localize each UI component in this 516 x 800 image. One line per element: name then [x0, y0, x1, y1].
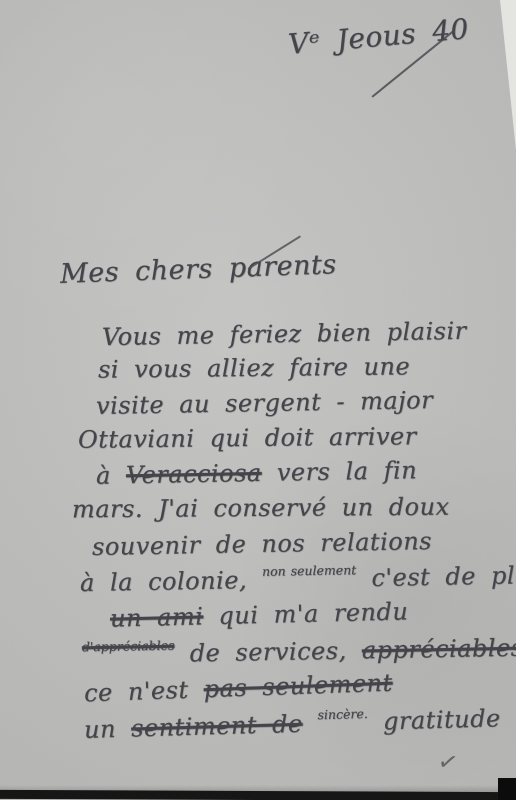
handwriting-line: visite au sergent - major: [96, 386, 433, 420]
paper-edge-highlight: [500, 0, 516, 150]
handwriting-line: d'appréciables de services, appréciables…: [82, 633, 516, 670]
handwriting-line: souvenir de nos relations: [92, 527, 432, 561]
text-segment: visite au sergent - major: [96, 386, 433, 420]
text-segment: qui m'a rendu: [203, 597, 409, 630]
struck-text: un ami: [110, 602, 204, 632]
text-segment: c'est de plus: [356, 561, 516, 592]
struck-text: appréciables: [362, 634, 516, 665]
text-segment: Ottaviani qui doit arriver: [78, 422, 417, 454]
text-segment: un: [84, 715, 132, 744]
text-segment: si vous alliez faire une: [98, 352, 410, 383]
text-segment: ce n'est: [84, 675, 205, 707]
inserted-word: non seulement: [262, 562, 356, 579]
handwriting-line: si vous alliez faire une: [98, 352, 410, 383]
text-segment: de services,: [174, 636, 362, 667]
greeting-line: Mes chers parents: [60, 249, 338, 290]
letter-scan-page: Vᵉ Jeous 40 Mes chers parents Vous me fe…: [0, 0, 516, 800]
handwriting-line: Ottaviani qui doit arriver: [78, 422, 417, 454]
text-segment: à: [96, 461, 126, 490]
struck-text: Veracciosa: [126, 459, 262, 489]
text-segment: souvenir de nos relations: [92, 527, 432, 561]
text-segment: vers la fin: [261, 456, 417, 487]
handwriting-line: à la colonie, non seulement c'est de plu…: [80, 561, 516, 597]
inserted-word: sincère.: [317, 706, 368, 722]
paper-corner-shadow: [498, 778, 516, 800]
text-segment: Vous me feriez bien plaisir: [102, 317, 467, 351]
text-segment: gratitude: [368, 704, 501, 736]
handwriting-line: mars. J'ai conservé un doux: [72, 493, 450, 524]
struck-text: pas seulement: [203, 669, 393, 704]
inserted-word: d'appréciables: [82, 638, 175, 655]
handwriting-line: Vous me feriez bien plaisir: [102, 317, 467, 351]
handwriting-line: à Veracciosa vers la fin: [96, 456, 418, 490]
pencil-corner-mark: ✓: [435, 746, 460, 778]
date-inscription: Vᵉ Jeous 40: [287, 12, 470, 61]
handwriting-line: ce n'est pas seulement: [84, 669, 393, 708]
text-segment: [302, 709, 318, 737]
text-segment: mars. J'ai conservé un doux: [72, 493, 450, 524]
handwriting-line: un sentiment de sincère. gratitude: [84, 704, 501, 744]
text-segment: à la colonie,: [80, 566, 263, 597]
handwriting-line: un ami qui m'a rendu: [110, 597, 409, 632]
paper-edge-shadow: [0, 790, 516, 800]
struck-text: sentiment de: [131, 710, 303, 743]
